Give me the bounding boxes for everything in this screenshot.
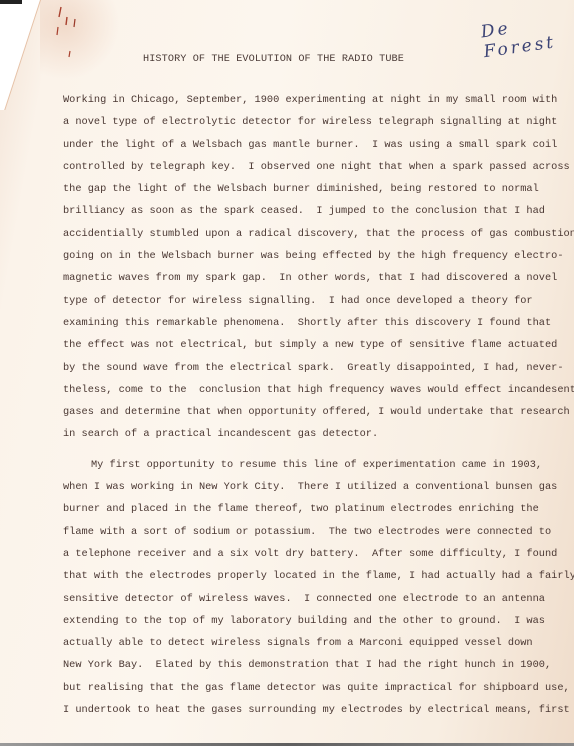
text-line: a novel type of electrolytic detector fo… bbox=[63, 111, 563, 133]
text-line: a telephone receiver and a six volt dry … bbox=[63, 543, 563, 565]
text-line: the gap the light of the Welsbach burner… bbox=[63, 178, 563, 200]
text-line: burner and placed in the flame thereof, … bbox=[63, 498, 563, 520]
paragraph-gap bbox=[63, 446, 563, 454]
text-line: type of detector for wireless signalling… bbox=[63, 290, 563, 312]
text-line: magnetic waves from my spark gap. In oth… bbox=[63, 267, 563, 289]
text-line: Working in Chicago, September, 1900 expe… bbox=[63, 89, 563, 111]
red-ink-marks-icon bbox=[55, 5, 85, 65]
text-line: gases and determine that when opportunit… bbox=[63, 401, 563, 423]
document-body: Working in Chicago, September, 1900 expe… bbox=[63, 89, 563, 721]
text-line: when I was working in New York City. The… bbox=[63, 476, 563, 498]
page-bottom-edge bbox=[0, 743, 574, 746]
text-line: actually able to detect wireless signals… bbox=[63, 632, 563, 654]
document-title: HISTORY OF THE EVOLUTION OF THE RADIO TU… bbox=[143, 54, 404, 65]
text-line: but realising that the gas flame detecto… bbox=[63, 677, 563, 699]
text-line: controlled by telegraph key. I observed … bbox=[63, 156, 563, 178]
paragraph-1: Working in Chicago, September, 1900 expe… bbox=[63, 89, 563, 446]
text-line: examining this remarkable phenomena. Sho… bbox=[63, 312, 563, 334]
text-line: under the light of a Welsbach gas mantle… bbox=[63, 134, 563, 156]
text-line: flame with a sort of sodium or potassium… bbox=[63, 521, 563, 543]
text-line: going on in the Welsbach burner was bein… bbox=[63, 245, 563, 267]
text-line: theless, come to the conclusion that hig… bbox=[63, 379, 563, 401]
text-line: that with the electrodes properly locate… bbox=[63, 565, 563, 587]
text-line: I undertook to heat the gases surroundin… bbox=[63, 699, 563, 721]
text-line: accidentially stumbled upon a radical di… bbox=[63, 223, 563, 245]
text-line: extending to the top of my laboratory bu… bbox=[63, 610, 563, 632]
document-page: De Forest HISTORY OF THE EVOLUTION OF TH… bbox=[0, 0, 574, 746]
text-line: the effect was not electrical, but simpl… bbox=[63, 334, 563, 356]
handwritten-annotation: De Forest bbox=[480, 10, 574, 62]
paragraph-2: My first opportunity to resume this line… bbox=[63, 454, 563, 722]
text-line: in search of a practical incandescent ga… bbox=[63, 423, 563, 445]
text-line: by the sound wave from the electrical sp… bbox=[63, 357, 563, 379]
text-line: sensitive detector of wireless waves. I … bbox=[63, 588, 563, 610]
text-line: brilliancy as soon as the spark ceased. … bbox=[63, 200, 563, 222]
text-line: New York Bay. Elated by this demonstrati… bbox=[63, 654, 563, 676]
scan-corner bbox=[0, 0, 22, 4]
text-line: My first opportunity to resume this line… bbox=[63, 454, 563, 476]
